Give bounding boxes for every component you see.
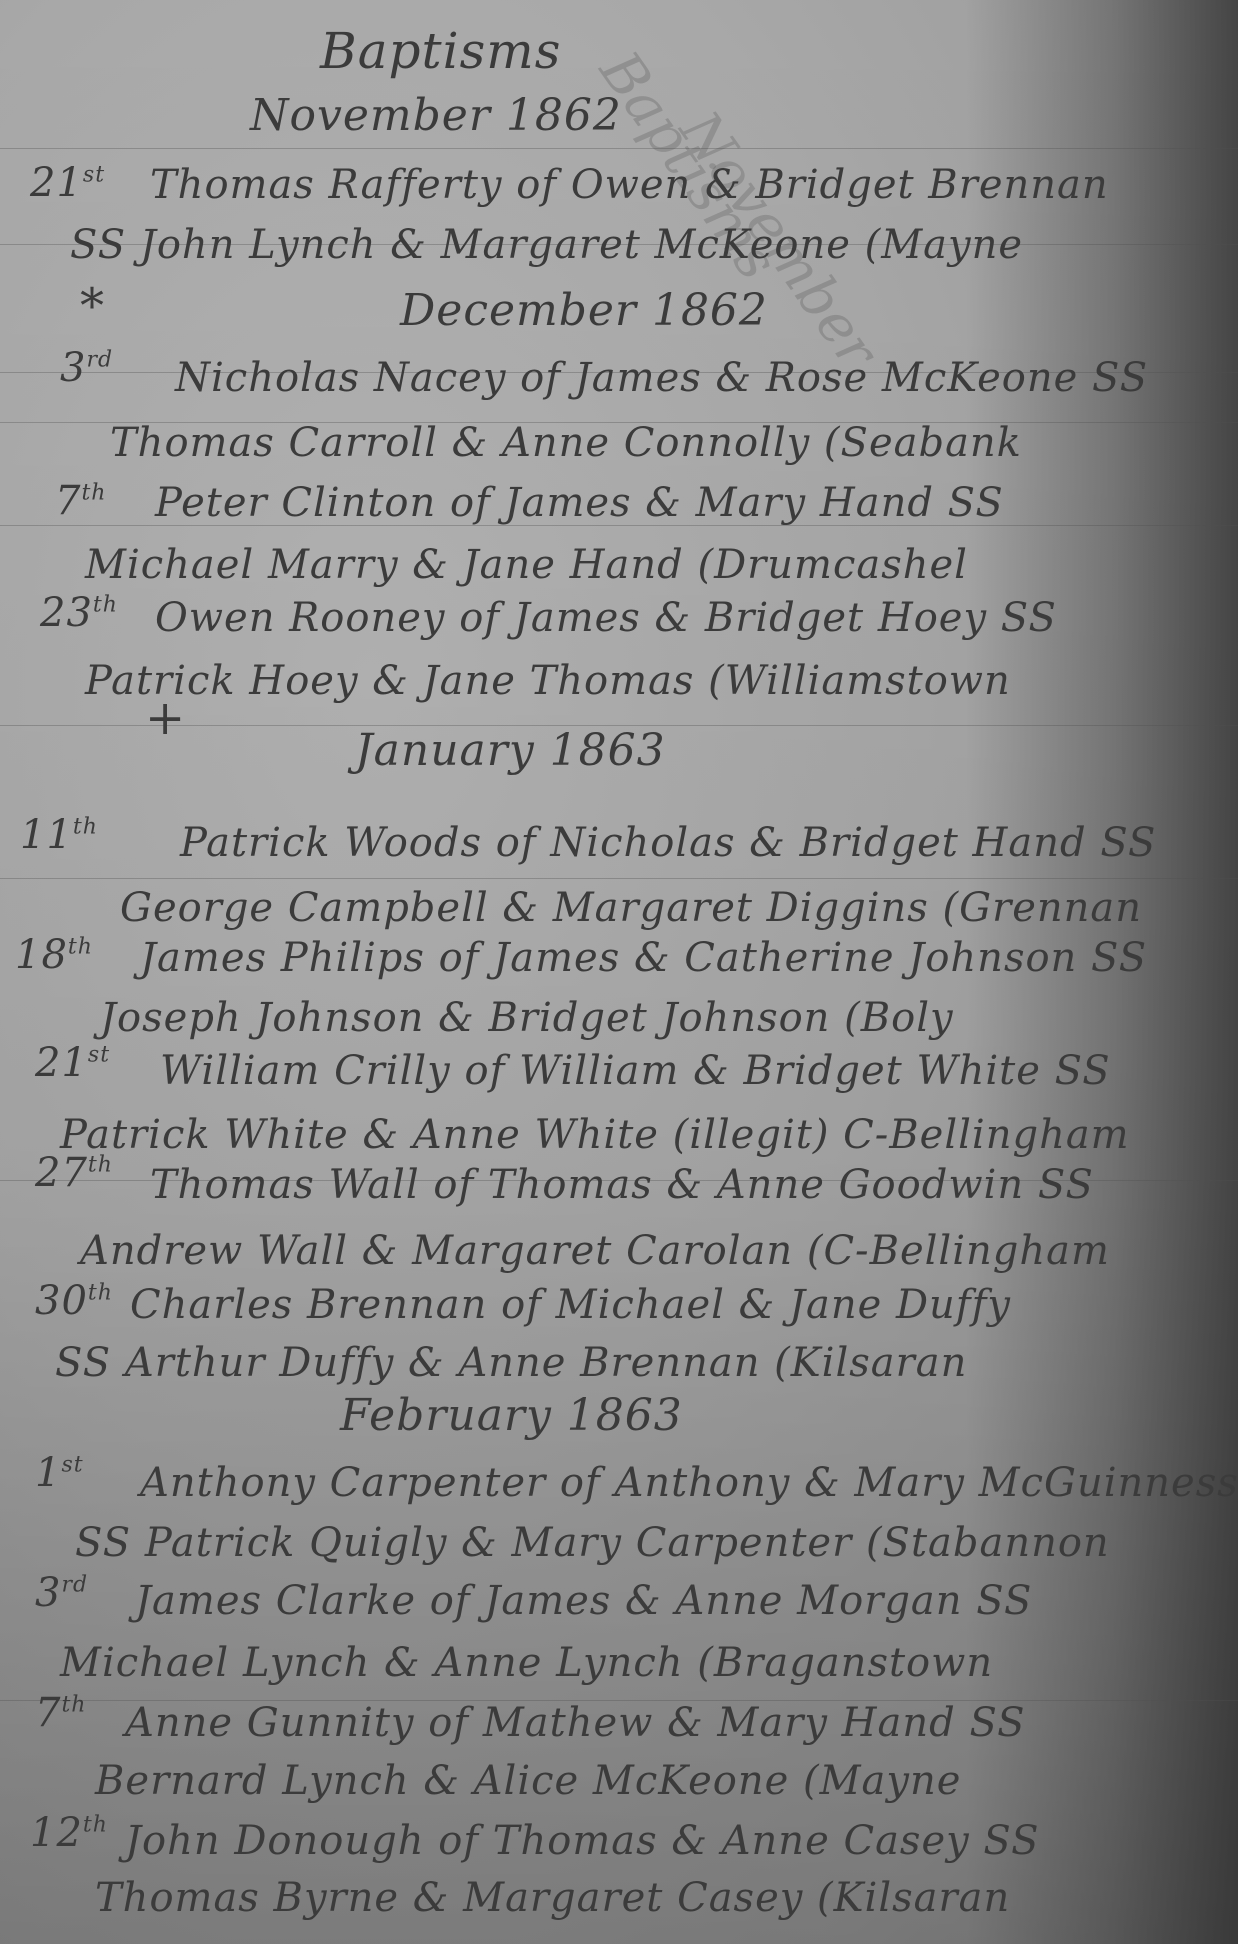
page-title: Baptisms: [320, 22, 561, 80]
entry-day: 3rd: [35, 1570, 88, 1616]
entry-day: 3rd: [60, 345, 113, 391]
entry-day: 27th: [35, 1150, 113, 1196]
register-page: Baptisms November Baptisms November 1862…: [0, 0, 1238, 1944]
entry-day: 21st: [30, 160, 105, 206]
ruled-line: [0, 878, 1238, 879]
entry-line: Joseph Johnson & Bridget Johnson (Boly: [100, 995, 954, 1041]
entry-day: 1st: [35, 1450, 84, 1496]
entry-day: 18th: [15, 932, 93, 978]
entry-line: Thomas Carroll & Anne Connolly (Seabank: [110, 420, 1022, 466]
entry-line: George Campbell & Margaret Diggins (Gren…: [120, 885, 1142, 931]
entry-line: SS Patrick Quigly & Mary Carpenter (Stab…: [75, 1520, 1110, 1566]
entry-line: SS John Lynch & Margaret McKeone (Mayne: [70, 222, 1023, 268]
entry-day: 7th: [55, 478, 106, 524]
asterisk-mark: *: [80, 278, 105, 334]
entry-day: 30th: [35, 1278, 113, 1324]
entry-line: Thomas Wall of Thomas & Anne Goodwin SS: [150, 1162, 1094, 1208]
entry-line: Anthony Carpenter of Anthony & Mary McGu…: [140, 1460, 1238, 1506]
entry-line: Andrew Wall & Margaret Carolan (C-Bellin…: [80, 1228, 1110, 1274]
entry-line: SS Arthur Duffy & Anne Brennan (Kilsaran: [55, 1340, 967, 1386]
entry-line: Michael Lynch & Anne Lynch (Braganstown: [60, 1640, 993, 1686]
entry-line: Owen Rooney of James & Bridget Hoey SS: [155, 595, 1057, 641]
entry-day: 12th: [30, 1810, 108, 1856]
month-heading: February 1863: [340, 1390, 683, 1441]
entry-line: Peter Clinton of James & Mary Hand SS: [155, 480, 1004, 526]
entry-line: Patrick Hoey & Jane Thomas (Williamstown: [85, 658, 1011, 704]
entry-line: James Philips of James & Catherine Johns…: [140, 935, 1147, 981]
entry-line: Michael Marry & Jane Hand (Drumcashel: [85, 542, 968, 588]
month-heading: January 1863: [355, 725, 666, 776]
entry-line: Charles Brennan of Michael & Jane Duffy: [130, 1282, 1011, 1328]
entry-line: Patrick Woods of Nicholas & Bridget Hand…: [180, 820, 1156, 866]
entry-line: Thomas Byrne & Margaret Casey (Kilsaran: [95, 1875, 1010, 1921]
entry-day: 21st: [35, 1040, 110, 1086]
entry-day: 7th: [35, 1690, 86, 1736]
entry-line: Nicholas Nacey of James & Rose McKeone S…: [175, 355, 1148, 401]
month-heading: December 1862: [400, 285, 768, 336]
entry-line: Patrick White & Anne White (illegit) C-B…: [60, 1112, 1130, 1158]
entry-day: 23th: [40, 590, 118, 636]
entry-day: 11th: [20, 812, 98, 858]
entry-line: William Crilly of William & Bridget Whit…: [160, 1048, 1111, 1094]
entry-line: Bernard Lynch & Alice McKeone (Mayne: [95, 1758, 961, 1804]
entry-line: John Donough of Thomas & Anne Casey SS: [125, 1818, 1040, 1864]
entry-line: Anne Gunnity of Mathew & Mary Hand SS: [125, 1700, 1026, 1746]
ruled-line: [0, 148, 1238, 149]
entry-line: James Clarke of James & Anne Morgan SS: [135, 1578, 1032, 1624]
month-heading: November 1862: [250, 90, 622, 141]
entry-line: Thomas Rafferty of Owen & Bridget Brenna…: [150, 162, 1109, 208]
cross-mark: +: [145, 690, 186, 746]
